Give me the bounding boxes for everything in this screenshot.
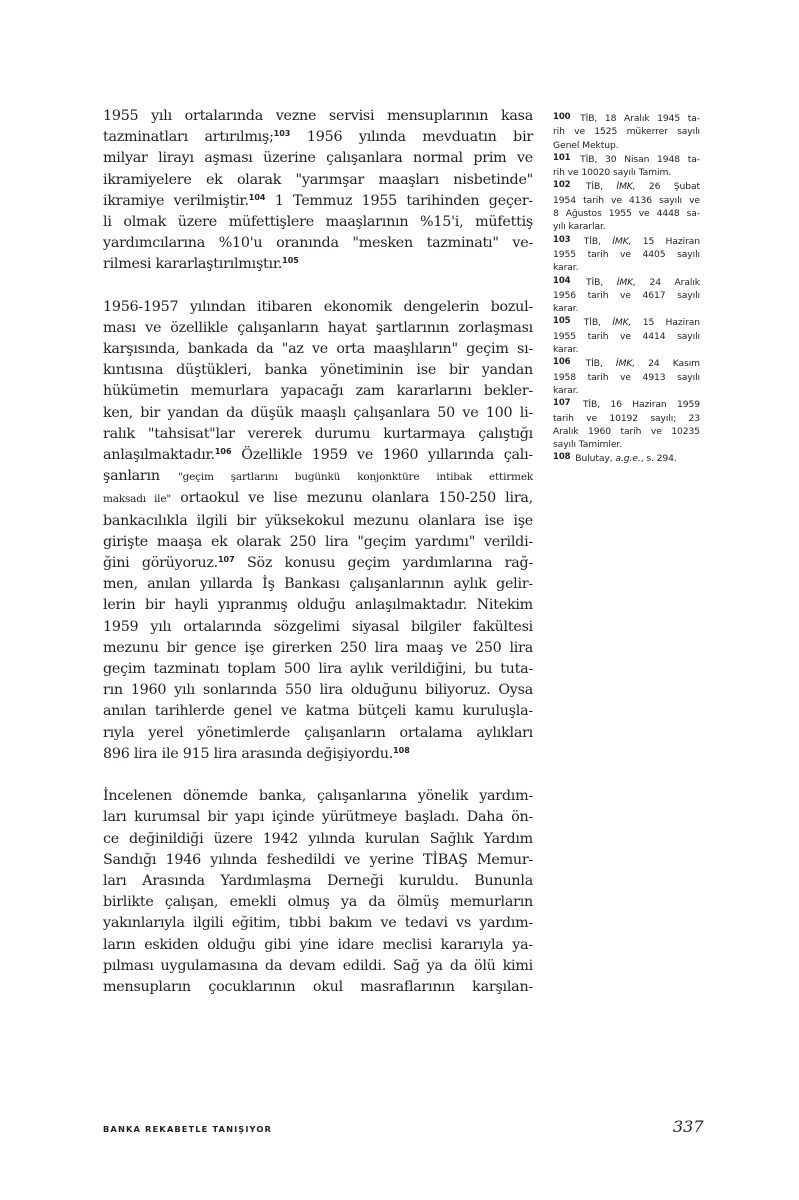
text-line: 1955 yılı ortalarında vezne servisi mens…	[103, 106, 533, 127]
footnote-number: 102	[553, 180, 570, 190]
text-line: ları kurumsal bir yapı içinde yürütmeye …	[103, 807, 533, 828]
paragraph-3: İncelenen dönemde banka, çalışanlarına y…	[103, 786, 533, 998]
text-line: ralık "tahsisat"lar vererek durumu kurta…	[103, 424, 533, 445]
text-line: birlikte çalışan, emekli olmuş ya da ölm…	[103, 892, 533, 913]
footnote-ref[interactable]: 106	[215, 447, 232, 456]
text-line: yardımcılarına %10'u oranında "mesken ta…	[103, 233, 533, 254]
footnote-101: 101 TİB, 30 Nisan 1948 ta- rih ve 10020 …	[553, 152, 700, 180]
footnote-105: 105 TİB, İMK, 15 Haziran 1955 tarih ve 4…	[553, 315, 700, 356]
running-footer-title: BANKA REKABETLE TANIŞIYOR	[103, 1124, 272, 1134]
footnote-108: 108 Bulutay, a.g.e., s. 294.	[553, 451, 700, 465]
footnote-ref[interactable]: 104	[249, 193, 266, 202]
text-line: mensupların çocuklarının okul masrafları…	[103, 977, 533, 998]
text-line: maksadı ile" ortaokul ve lise mezunu ola…	[103, 488, 533, 510]
footnote-103: 103 TİB, İMK, 15 Haziran 1955 tarih ve 4…	[553, 234, 700, 275]
text-line: ikramiyelere ek olarak "yarımşar maaşlar…	[103, 170, 533, 191]
text-line: 1956-1957 yılından itibaren ekonomik den…	[103, 297, 533, 318]
text-line: bankacılıkla ilgili bir yüksekokul mezun…	[103, 511, 533, 532]
text-line: geçim tazminatı toplam 500 lira aylık ve…	[103, 659, 533, 680]
text-line: 1959 yılı ortalarında sözgelimi siyasal …	[103, 617, 533, 638]
text-line: ce değinildiği üzere 1942 yılında kurula…	[103, 829, 533, 850]
text-line: ları Arasında Yardımlaşma Derneği kuruld…	[103, 871, 533, 892]
text-line: Sandığı 1946 yılında feshedildi ve yerin…	[103, 850, 533, 871]
footnote-number: 103	[553, 235, 570, 245]
text-line: kıntısına düştükleri, banka yönetiminin …	[103, 360, 533, 381]
footnote-number: 100	[553, 112, 570, 122]
text-line: 896 lira ile 915 lira arasında değişiyor…	[103, 744, 533, 765]
footnote-number: 107	[553, 398, 570, 408]
text-line: mezunu bir gence işe girerken 250 lira m…	[103, 638, 533, 659]
inline-quote: "geçim şartlarını bugünkü konjonktüre in…	[178, 471, 533, 483]
text-line: ikramiye verilmiştir.104 1 Temmuz 1955 t…	[103, 191, 533, 212]
text-line: men, anılan yıllarda İş Bankası çalışanl…	[103, 574, 533, 595]
footnote-number: 104	[553, 276, 570, 286]
footnote-106: 106 TİB, İMK, 24 Kasım 1958 tarih ve 491…	[553, 356, 700, 397]
footnote-ref[interactable]: 107	[218, 555, 235, 564]
footnote-100: 100 TİB, 18 Aralık 1945 ta- rih ve 1525 …	[553, 111, 700, 152]
text-line: tazminatları artırılmış;103 1956 yılında…	[103, 127, 533, 148]
text-line: rilmesi kararlaştırılmıştır.105	[103, 254, 533, 275]
footnote-104: 104 TİB, İMK, 24 Aralık 1956 tarih ve 46…	[553, 275, 700, 316]
footnote-number: 108	[553, 452, 570, 462]
inline-quote: maksadı ile"	[103, 493, 171, 505]
text-line: rın 1960 yılı sonlarında 550 lira olduğu…	[103, 680, 533, 701]
text-line: girişte maaşa ek olarak 250 lira "geçim …	[103, 532, 533, 553]
text-line: li olmak üzere müfettişlere maaşlarının …	[103, 212, 533, 233]
footnotes-column: 100 TİB, 18 Aralık 1945 ta- rih ve 1525 …	[553, 111, 700, 466]
paragraph-1: 1955 yılı ortalarında vezne servisi mens…	[103, 106, 533, 276]
text-line: pılması uygulamasına da devam edildi. Sa…	[103, 956, 533, 977]
text-line: ların eskiden olduğu gibi yine idare mec…	[103, 935, 533, 956]
text-line: anılan tarihlerde genel ve katma bütçeli…	[103, 701, 533, 722]
footnote-number: 106	[553, 357, 570, 367]
main-text-column: 1955 yılı ortalarında vezne servisi mens…	[103, 106, 533, 1019]
text-line: yakınlarıyla ilgili eğitim, tıbbi bakım …	[103, 913, 533, 934]
text-line: karşısında, bankada da "az ve orta maaşl…	[103, 339, 533, 360]
text-line: hükümetin memurlara yapacağı zam kararla…	[103, 381, 533, 402]
footnote-number: 101	[553, 153, 570, 163]
text-line: rıyla yerel yönetimlerde çalışanların or…	[103, 723, 533, 744]
text-line: ğini görüyoruz.107 Söz konusu geçim yard…	[103, 553, 533, 574]
footnote-107: 107 TİB, 16 Haziran 1959 tarih ve 10192 …	[553, 397, 700, 451]
paragraph-2: 1956-1957 yılından itibaren ekonomik den…	[103, 297, 533, 765]
text-line: lerin bir hayli yıpranmış olduğu anlaşıl…	[103, 595, 533, 616]
text-line: İncelenen dönemde banka, çalışanlarına y…	[103, 786, 533, 807]
text-line: şanların "geçim şartlarını bugünkü konjo…	[103, 466, 533, 488]
footnote-102: 102 TİB, İMK, 26 Şubat 1954 tarih ve 413…	[553, 179, 700, 233]
footnote-ref[interactable]: 108	[393, 746, 410, 755]
text-line: milyar lirayı aşması üzerine çalışanlara…	[103, 148, 533, 169]
text-line: ken, bir yandan da düşük maaşlı çalışanl…	[103, 403, 533, 424]
page-number: 337	[673, 1117, 704, 1136]
footnote-number: 105	[553, 316, 570, 326]
footnote-ref[interactable]: 105	[282, 256, 299, 265]
text-line: ması ve özellikle çalışanların hayat şar…	[103, 318, 533, 339]
text-line: anlaşılmaktadır.106 Özellikle 1959 ve 19…	[103, 445, 533, 466]
footnote-ref[interactable]: 103	[274, 129, 291, 138]
